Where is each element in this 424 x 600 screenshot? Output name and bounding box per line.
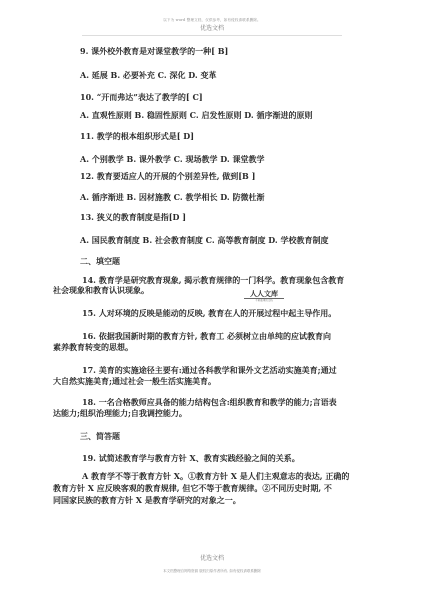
- question-15: 15. 人对环境的反映是能动的反映, 教育在人的开展过程中起主导作用。: [82, 308, 336, 318]
- question-13: 13. 狭义的教育制度是指[D ]: [80, 212, 186, 222]
- document-body: 9. 课外校外教育是对课堂教学的一种[ B] A. 延展 B. 必要补充 C. …: [0, 0, 424, 600]
- page-footer: 优选文档 本文档整理自网络资源 版权归原作者所有, 如有侵权请联系删除: [0, 555, 424, 574]
- question-14-line-1: 14. 教育学是研究教育现象, 揭示教育规律的一门科学。教育现象包含教育: [82, 275, 344, 285]
- answer-19-line-3: 同国家民族的教育方针 X 是教育学研究的对象之一。: [53, 495, 241, 505]
- watermark-main: 人人文库: [244, 290, 284, 299]
- question-10: 10. “开而弗达”表达了教学的[ C]: [80, 92, 203, 102]
- question-13-options: A. 国民教育制度 B. 社会教育制度 C. 高等教育制度 D. 学校教育制度: [80, 235, 328, 245]
- question-18-line-1: 18. 一名合格教师应具备的能力结构包含:组织教育和教学的能力;言语表: [82, 397, 337, 407]
- watermark-sub: 千载难逢的文档: [244, 299, 284, 302]
- watermark-logo: 人人文库 千载难逢的文档: [244, 290, 284, 302]
- footer-note: 本文档整理自网络资源 版权归原作者所有, 如有侵权请联系删除: [0, 569, 424, 574]
- question-9: 9. 课外校外教育是对课堂教学的一种[ B]: [80, 46, 228, 56]
- question-10-options: A. 直观性原则 B. 稳固性原则 C. 启发性原则 D. 循序渐进的原则: [80, 110, 312, 120]
- question-16-line-2: 素养教育转变的思想。: [53, 342, 133, 352]
- question-11-options: A. 个别教学 B. 课外教学 C. 现场教学 D. 课堂教学: [80, 154, 264, 164]
- section-short-answer-title: 三、简答题: [80, 431, 120, 441]
- section-fill-in-title: 二、填空题: [80, 256, 120, 266]
- question-12: 12. 教育要适应人的开展的个别差异性, 做到[B ]: [80, 171, 255, 181]
- question-18-line-2: 达能力;组织治理能力;自我调控能力。: [53, 408, 187, 418]
- question-16-line-1: 16. 依据我国新时期的教育方针, 教育工 必须树立由单纯的应试教育向: [82, 331, 331, 341]
- footer-title: 优选文档: [0, 555, 424, 563]
- answer-19-line-2: 教育方针 X 应反映客观的教育规律, 但它不等于教育规律。②不同历史时期, 不: [53, 483, 332, 493]
- question-19: 19. 试简述教育学与教育方针 X、教育实践经验之间的关系。: [82, 453, 300, 463]
- question-9-options: A. 延展 B. 必要补充 C. 深化 D. 变革: [80, 70, 216, 80]
- question-17-line-1: 17. 美育的实施途径主要有:通过各科教学和课外文艺活动实施美育;通过: [82, 365, 337, 375]
- question-14-line-2: 社会现象和教育认识现象。: [53, 285, 149, 295]
- question-11: 11. 教学的根本组织形式是[ D]: [80, 131, 194, 141]
- question-17-line-2: 大自然实施美育;通过社会一般生活实施美育。: [53, 376, 216, 386]
- question-12-options: A. 循序渐进 B. 因材施教 C. 教学相长 D. 防微杜渐: [80, 192, 264, 202]
- answer-19-line-1: A 教育学不等于教育方针 X。①教育方针 X 是人们主观意志的表达, 正确的: [82, 471, 349, 481]
